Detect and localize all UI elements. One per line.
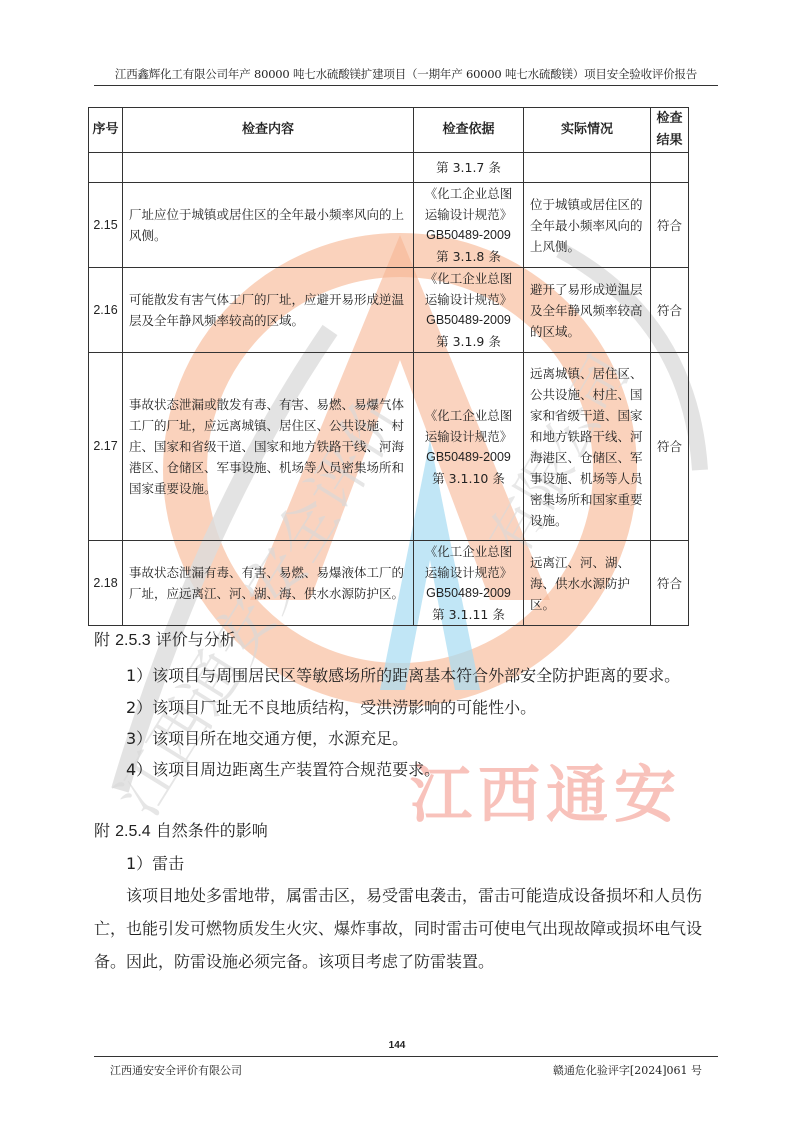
basis-line: 《化工企业总图	[418, 268, 519, 289]
cell-actual: 远离城镇、居住区、公共设施、村庄、国家和省级干道、国家和地方铁路干线、河海港区、…	[524, 353, 651, 541]
basis-line: GB50489-2009	[418, 447, 519, 468]
basis-line: GB50489-2009	[418, 225, 519, 246]
cell-result: 符合	[651, 353, 689, 541]
footer-divider	[94, 1056, 718, 1057]
page-number: 144	[0, 1040, 794, 1051]
col-header-actual: 实际情况	[524, 108, 651, 153]
cell-result: 符合	[651, 183, 689, 268]
basis-line: 《化工企业总图	[418, 541, 519, 562]
table-row: 2.15 厂址应位于城镇或居住区的全年最小频率风向的上风侧。 《化工企业总图 运…	[89, 183, 689, 268]
section-heading: 附 2.5.3 评价与分析	[94, 626, 718, 655]
analysis-item: 1）该项目与周围居民区等敏感场所的距离基本符合外部安全防护距离的要求。	[94, 659, 718, 692]
cell-content: 事故状态泄漏或散发有毒、有害、易燃、易爆气体工厂的厂址，应远离城镇、居住区、公共…	[123, 353, 414, 541]
section-title: 自然条件的影响	[156, 821, 268, 840]
cell-no: 2.15	[89, 183, 123, 268]
cell-content: 厂址应位于城镇或居住区的全年最小频率风向的上风侧。	[123, 183, 414, 268]
cell-result: 符合	[651, 541, 689, 626]
footer-company: 江西通安安全评价有限公司	[110, 1062, 242, 1078]
col-header-content: 检查内容	[123, 108, 414, 153]
cell-actual: 远离江、河、湖、海、供水水源防护区。	[524, 541, 651, 626]
col-header-no: 序号	[89, 108, 123, 153]
cell-basis: 《化工企业总图 运输设计规范》 GB50489-2009 第 3.1.9 条	[414, 268, 524, 353]
table-row: 2.18 事故状态泄漏有毒、有害、易燃、易爆液体工厂的厂址，应远离江、河、湖、海…	[89, 541, 689, 626]
cell-actual: 位于城镇或居住区的全年最小频率风向的上风侧。	[524, 183, 651, 268]
cell-content	[123, 153, 414, 183]
inspection-table: 序号 检查内容 检查依据 实际情况 检查 结果 第 3.1.7 条 2.15 厂…	[88, 107, 689, 626]
cell-no: 2.17	[89, 353, 123, 541]
cell-actual: 避开了易形成逆温层及全年静风频率较高的区域。	[524, 268, 651, 353]
basis-line: 运输设计规范》	[418, 562, 519, 583]
footer-document-code: 赣通危化验评字[2024]061 号	[553, 1062, 702, 1078]
cell-basis: 《化工企业总图 运输设计规范》 GB50489-2009 第 3.1.10 条	[414, 353, 524, 541]
subsection-title: 1）雷击	[94, 848, 718, 879]
section-2-5-4: 附 2.5.4 自然条件的影响 1）雷击 该项目地处多雷地带，属雷击区，易受雷电…	[94, 817, 718, 978]
cell-actual	[524, 153, 651, 183]
page-header-title: 江西鑫辉化工有限公司年产 80000 吨七水硫酸镁扩建项目（一期年产 60000…	[96, 66, 716, 82]
cell-content: 事故状态泄漏有毒、有害、易燃、易爆液体工厂的厂址，应远离江、河、湖、海、供水水源…	[123, 541, 414, 626]
lightning-paragraph: 该项目地处多雷地带，属雷击区，易受雷电袭击，雷击可能造成设备损坏和人员伤亡，也能…	[94, 879, 718, 978]
cell-basis: 第 3.1.7 条	[414, 153, 524, 183]
basis-line: 第 3.1.11 条	[418, 604, 519, 625]
cell-no	[89, 153, 123, 183]
section-title: 评价与分析	[156, 630, 236, 649]
cell-no: 2.16	[89, 268, 123, 353]
cell-no: 2.18	[89, 541, 123, 626]
table-header-row: 序号 检查内容 检查依据 实际情况 检查 结果	[89, 108, 689, 153]
section-2-5-3: 附 2.5.3 评价与分析 1）该项目与周围居民区等敏感场所的距离基本符合外部安…	[94, 626, 718, 785]
col-header-result-line2: 结果	[651, 130, 688, 152]
table-row: 2.17 事故状态泄漏或散发有毒、有害、易燃、易爆气体工厂的厂址，应远离城镇、居…	[89, 353, 689, 541]
cell-basis: 《化工企业总图 运输设计规范》 GB50489-2009 第 3.1.8 条	[414, 183, 524, 268]
basis-line: 运输设计规范》	[418, 289, 519, 310]
col-header-result: 检查 结果	[651, 108, 689, 153]
basis-line: GB50489-2009	[418, 583, 519, 604]
cell-result: 符合	[651, 268, 689, 353]
cell-result	[651, 153, 689, 183]
basis-line: 《化工企业总图	[418, 183, 519, 204]
col-header-result-line1: 检查	[651, 108, 688, 130]
cell-basis: 《化工企业总图 运输设计规范》 GB50489-2009 第 3.1.11 条	[414, 541, 524, 626]
table-row: 第 3.1.7 条	[89, 153, 689, 183]
header-divider	[94, 85, 718, 86]
analysis-item: 3）该项目所在地交通方便，水源充足。	[94, 723, 718, 754]
basis-line: 第 3.1.7 条	[418, 157, 519, 178]
analysis-item: 2）该项目厂址无不良地质结构，受洪涝影响的可能性小。	[94, 692, 718, 723]
basis-line: 《化工企业总图	[418, 405, 519, 426]
basis-line: GB50489-2009	[418, 310, 519, 331]
section-number: 2.5.4	[115, 823, 151, 840]
basis-line: 第 3.1.8 条	[418, 246, 519, 267]
col-header-basis: 检查依据	[414, 108, 524, 153]
basis-line: 第 3.1.9 条	[418, 331, 519, 352]
cell-content: 可能散发有害气体工厂的厂址，应避开易形成逆温层及全年静风频率较高的区域。	[123, 268, 414, 353]
section-number: 2.5.3	[115, 632, 151, 649]
section-prefix: 附	[94, 821, 110, 840]
section-heading: 附 2.5.4 自然条件的影响	[94, 817, 718, 846]
basis-line: 运输设计规范》	[418, 204, 519, 225]
table-row: 2.16 可能散发有害气体工厂的厂址，应避开易形成逆温层及全年静风频率较高的区域…	[89, 268, 689, 353]
section-prefix: 附	[94, 630, 110, 649]
basis-line: 第 3.1.10 条	[418, 468, 519, 489]
analysis-item: 4）该项目周边距离生产装置符合规范要求。	[94, 754, 718, 785]
basis-line: 运输设计规范》	[418, 426, 519, 447]
